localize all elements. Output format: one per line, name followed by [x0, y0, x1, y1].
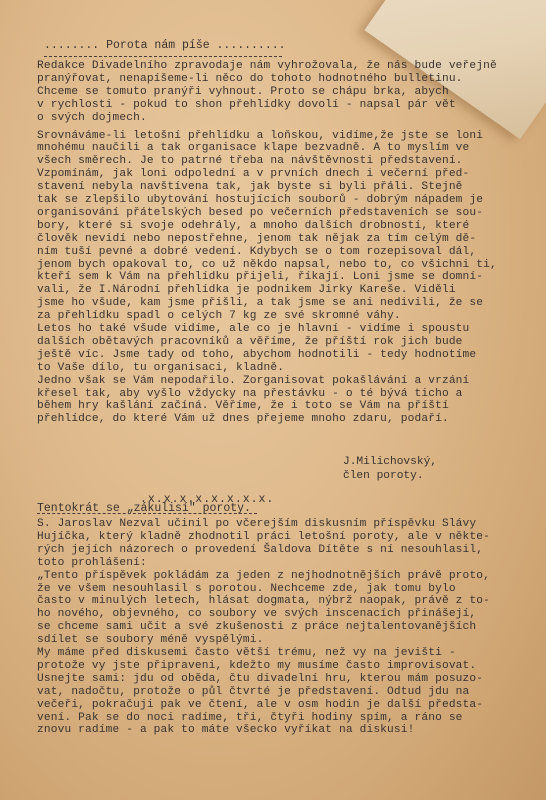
signature-role: člen poroty.: [343, 470, 424, 482]
text-line: jsme ho všude, kam jsme přišli, a tak js…: [37, 297, 483, 310]
heading-underline: [44, 56, 282, 57]
text-line: za přehlídku spadl o celých 7 kg ze své …: [37, 310, 401, 323]
text-line: My máme před diskusemi často větší trému…: [37, 647, 456, 660]
text-line: Chceme se tomuto pranýři vyhnout. Proto …: [37, 86, 449, 99]
text-line: často v minulých letech, hlásat dogmata,…: [37, 595, 490, 608]
text-line: „Tento příspěvek pokládám za jeden z nej…: [37, 570, 490, 583]
text-line: vení. Pak se do noci radíme, tři, čtyři …: [37, 712, 463, 725]
text-line: večeři, pokračuji pak ve čtení, ale v os…: [37, 699, 483, 712]
text-line: pranýřovat, nenapíšeme-li něco do tohoto…: [37, 73, 463, 86]
text-line: v rychlosti - pokud to shon přehlídky do…: [37, 99, 456, 112]
text-line: Letos ho také všude vidíme, ale co je hl…: [37, 323, 469, 336]
typewritten-page: Podpořte zábavu ........ Porota nám píše…: [0, 0, 546, 800]
text-line: člověk nevidí nebo nepostřehne, jenom ta…: [37, 233, 476, 246]
text-line: tak se zlepšilo ubytování hostujících so…: [37, 194, 483, 207]
text-line: Hujíčka, který kladně zhodnotil práci le…: [37, 531, 490, 544]
text-line: všech směrech. Je to patrné třeba na náv…: [37, 155, 463, 168]
text-line: o svých dojmech.: [37, 112, 147, 125]
text-line: znovu radíme - a pak to máte všecko vyří…: [37, 724, 415, 737]
text-line: se chceme sami učit a své zkušenosti z p…: [37, 621, 476, 634]
text-line: Vzpomínám, jak loni odpolední a v prvníc…: [37, 168, 469, 181]
text-line: rých jejích názorech o provedení Šaldova…: [37, 544, 483, 557]
text-line: stavení nebyla navštívena tak, jak byste…: [37, 181, 463, 194]
text-line: Usnejte sami: jdu od oběda, čtu divadeln…: [37, 673, 483, 686]
text-line: křesel tak, aby vyšlo vždycky na přestáv…: [37, 388, 463, 401]
text-line: Jedno však se Vám nepodařilo. Zorganisov…: [37, 375, 469, 388]
text-line: přehlídce, do které Vám už dnes přejeme …: [37, 413, 449, 426]
text-line: Redakce Divadelního zpravodaje nám vyhro…: [37, 60, 497, 73]
text-line: vat, nadočtu, protože o půl čtvrté je př…: [37, 686, 469, 699]
text-line: to Vaše dílo, tu organisaci, kladně.: [37, 362, 284, 375]
text-line: Srovnáváme-li letošní přehlídku a loňsko…: [37, 130, 483, 143]
section1-heading: ........ Porota nám píše ..........: [44, 39, 286, 52]
text-line: sdílet se soubory méně vyspělými.: [37, 634, 264, 647]
text-line: ním tuší pevné a dobré vedení. Kdybych s…: [37, 246, 476, 259]
signature-name: J.Milichovský,: [343, 456, 437, 468]
text-line: kteří sem k Vám na přehlídku přijeli, ří…: [37, 271, 483, 284]
text-line: během hry kašlání začíná. Věříme, že i t…: [37, 400, 449, 413]
text-line: že ve všem nesouhlasil s porotou. Nechce…: [37, 583, 456, 596]
text-line: S. Jaroslav Nezval učinil po včerejším d…: [37, 518, 476, 531]
text-line: dalších obětavých pracovníků a věříme, ž…: [37, 336, 463, 349]
text-line: organisování přátelských besed po večern…: [37, 207, 483, 220]
text-line: vali, že I.Národní přehlídka je podnikem…: [37, 284, 456, 297]
text-line: toto prohlášení:: [37, 557, 147, 570]
section2-underline: [37, 513, 257, 514]
text-line: ještě víc. Jsme tady od toho, abychom ho…: [37, 349, 476, 362]
text-line: protože vy jste připraveni, kdežto my mu…: [37, 660, 476, 673]
text-line: mnohému naučili a tak organisace klape b…: [37, 142, 469, 155]
text-line: bory, které si svoje odehrály, a mnoho d…: [37, 220, 469, 233]
text-line: ho nového, objevného, co soubory ve svýc…: [37, 608, 476, 621]
text-line: jenom bych opakoval to, co už někdo naps…: [37, 259, 497, 272]
